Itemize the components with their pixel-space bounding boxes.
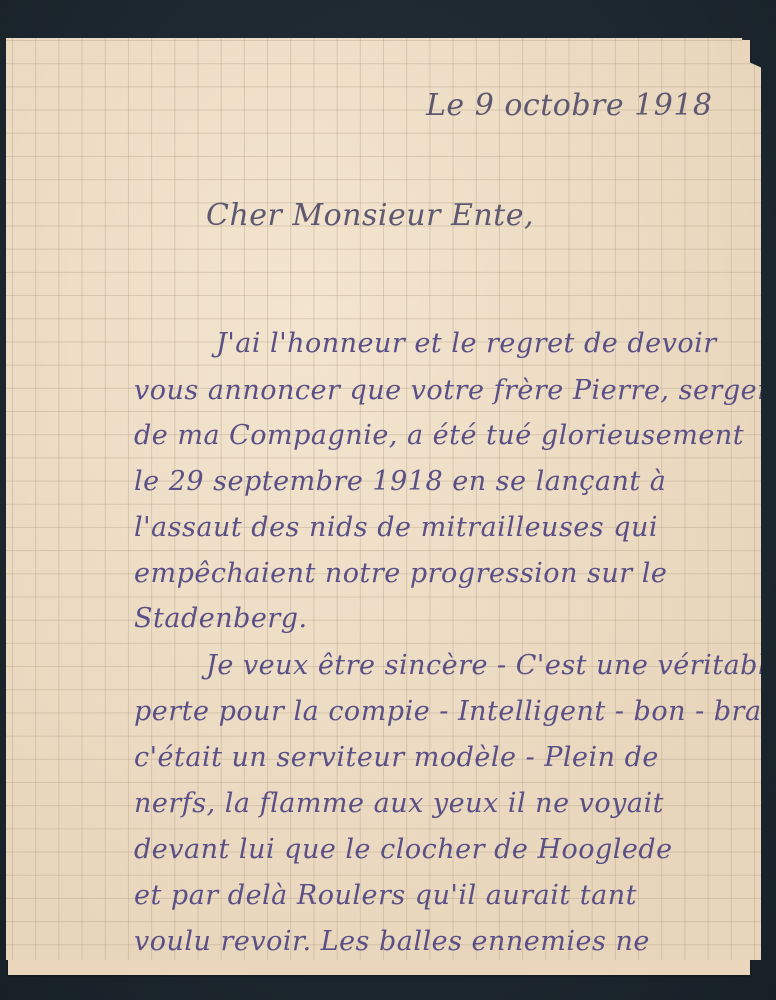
letter-line: perte pour la compie - Intelligent - bon… [134, 696, 776, 727]
letter-line: nerfs, la flamme aux yeux il ne voyait [134, 788, 664, 819]
letter-line: vous annoncer que votre frère Pierre, se… [134, 375, 776, 406]
letter-line: le 29 septembre 1918 en se lançant à [134, 466, 666, 497]
letter-line: et par delà Roulers qu'il aurait tant [134, 880, 637, 911]
letter-line: J'ai l'honneur et le regret de devoir [216, 328, 717, 359]
letter-line: Je veux être sincère - C'est une véritab… [206, 650, 776, 681]
letter-line: empêchaient notre progression sur le [134, 558, 667, 589]
letter-line: de ma Compagnie, a été tué glorieusement [134, 420, 744, 451]
letter-date: Le 9 octobre 1918 [426, 88, 713, 123]
letter-line: l'assaut des nids de mitrailleuses qui [134, 512, 658, 543]
letter-line: c'était un serviteur modèle - Plein de [134, 742, 659, 773]
letter-page: Le 9 octobre 1918 Cher Monsieur Ente, J'… [6, 38, 761, 960]
letter-line: Stadenberg. [134, 603, 308, 634]
letter-line: voulu revoir. Les balles ennemies ne [134, 926, 650, 957]
letter-line: devant lui que le clocher de Hooglede [134, 834, 673, 865]
letter-salutation: Cher Monsieur Ente, [206, 198, 534, 233]
